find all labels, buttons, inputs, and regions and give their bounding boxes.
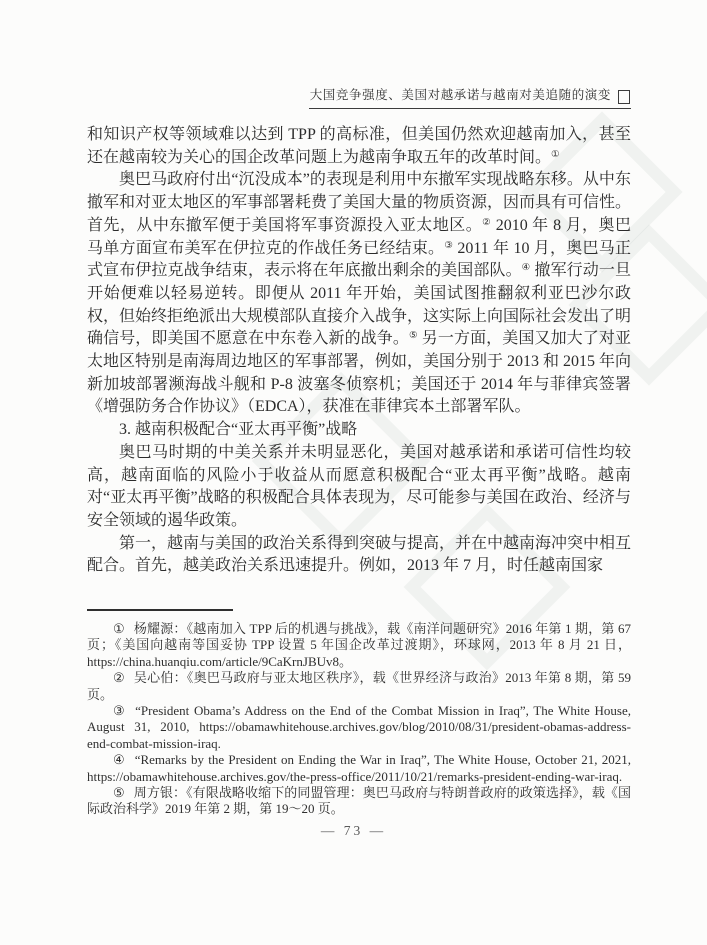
footnote-item: ②吴心伯：《奥巴马政府与亚太地区秩序》，载《世界经济与政治》2013 年第 8 … — [87, 670, 631, 703]
journal-page: 大国竞争强度、美国对越承诺与越南对美追随的演变 和知识产权等领域难以达到 TPP… — [0, 0, 707, 945]
header-box-icon — [618, 90, 630, 104]
footnote-marker: ② — [113, 670, 125, 685]
running-header-title: 大国竞争强度、美国对越承诺与越南对美追随的演变 — [310, 89, 611, 103]
footnote-ref: ② — [482, 217, 491, 228]
page-number: — 73 — — [0, 823, 707, 839]
footnote-item: ④“Remarks by the President on Ending the… — [87, 752, 631, 785]
footnote-marker: ⑤ — [113, 785, 125, 800]
footnote-separator — [87, 609, 233, 611]
footnote-item: ⑤周方银：《有限战略收缩下的同盟管理：奥巴马政府与特朗普政府的政策选择》，载《国… — [87, 785, 631, 818]
footnote-item: ③“President Obama’s Address on the End o… — [87, 703, 631, 752]
section-heading: 3. 越南积极配合“亚太再平衡”战略 — [87, 419, 631, 442]
footnote-ref: ⑤ — [409, 330, 418, 341]
footnotes: ①杨耀源：《越南加入 TPP 后的机遇与挑战》，载《南洋问题研究》2016 年第… — [87, 621, 631, 818]
body-paragraph: 奥巴马时期的中美关系并未明显恶化，美国对越承诺和承诺可信性均较高，越南面临的风险… — [87, 442, 631, 533]
footnote-item: ①杨耀源：《越南加入 TPP 后的机遇与挑战》，载《南洋问题研究》2016 年第… — [87, 621, 631, 670]
footnote-ref: ① — [551, 149, 560, 160]
running-header: 大国竞争强度、美国对越承诺与越南对美追随的演变 — [309, 89, 631, 109]
footnote-marker: ① — [113, 621, 125, 636]
body-paragraph: 第一，越南与美国的政治关系得到突破与提高，并在中越南海冲突中相互配合。首先，越美… — [87, 533, 631, 578]
footnote-marker: ③ — [113, 703, 126, 718]
article-body: 和知识产权等领域难以达到 TPP 的高标准，但美国仍然欢迎越南加入，甚至还在越南… — [87, 124, 631, 578]
body-paragraph: 奥巴马政府付出“沉没成本”的表现是利用中东撤军实现战略东移。从中东撤军和对亚太地… — [87, 169, 631, 419]
footnote-ref: ③ — [444, 240, 453, 251]
body-paragraph: 和知识产权等领域难以达到 TPP 的高标准，但美国仍然欢迎越南加入，甚至还在越南… — [87, 124, 631, 169]
footnote-marker: ④ — [113, 752, 126, 767]
footnote-ref: ④ — [522, 262, 531, 273]
